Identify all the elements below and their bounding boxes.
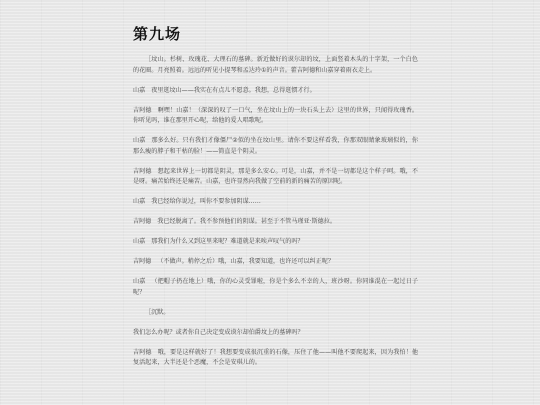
speaker-name: 山嘉	[133, 137, 145, 144]
speaker-name: 吉阿德	[133, 218, 151, 225]
dialogue-line: 山嘉（把帽子扔在地上）哦，你的心灵受罪啦，你是个多么不幸的人，班沙呀。你同谁混在…	[133, 277, 418, 298]
speaker-name: 山嘉	[133, 238, 145, 245]
dialogue-line: 吉阿德啊嘿！山嘉！（深深的叹了一口气，坐在坟山上的一块石头上去）这里的世界，只闻…	[133, 106, 418, 127]
dialogue-line: 山嘉夜里逛坟山——我实在有点儿不愿意。我想，总得逛惯才行。	[133, 86, 418, 97]
document-page: 第九场 ［坟山。杉树、玫瑰花、大理石的墓碑。新近做好的谟尔却的坟，上面竖着木头的…	[133, 24, 418, 378]
paragraph-text: ［沉默。	[145, 309, 169, 316]
line-text: 我已经脱离了。我不参预他们的阴谋。甚至于不管马瑾亚·斯德拉。	[157, 218, 336, 225]
line-text: 我们怎么办呢？或者你自己决定变成谟尔却伯爵坟上的墓碑吗？	[133, 329, 304, 336]
chapter-title: 第九场	[133, 24, 418, 44]
speaker-name: 吉阿德	[133, 258, 151, 265]
paragraph-text: ［坟山。杉树、玫瑰花、大理石的墓碑。新近做好的谟尔却的坟，上面竖着木头的十字架，…	[133, 56, 418, 74]
dialogue-line: 山嘉那我们为什么又到这里来呢？难道就是来唉声叹气的吗？	[133, 237, 418, 248]
dialogue-line: 山嘉我已经给你说过，叫你不要参加阴谋……	[133, 197, 418, 208]
line-text: 那多么好。只有我们才像僵尸②似的坐在坟山里。请你不要这样看我，你那双眼睛象玻璃似…	[133, 137, 418, 155]
line-text: 啊嘿！山嘉！（深深的叹了一口气，坐在坟山上的一块石头上去）这里的世界，只闻得玫瑰…	[133, 107, 418, 125]
line-text: 那我们为什么又到这里来呢？难道就是来唉声叹气的吗？	[151, 238, 303, 245]
dialogue-line: 吉阿德哦，要是这样就好了！我想要变成很沉重的石像，压住了他——叫他不要爬起来，因…	[133, 348, 418, 369]
speaker-name: 吉阿德	[133, 107, 152, 114]
line-text: 夜里逛坟山——我实在有点儿不愿意。我想，总得逛惯才行。	[151, 87, 316, 94]
dialogue-line: 山嘉那多么好。只有我们才像僵尸②似的坐在坟山里。请你不要这样看我，你那双眼睛象玻…	[133, 136, 418, 157]
stage-direction: ［沉默。	[133, 308, 418, 319]
line-text: 我已经给你说过，叫你不要参加阴谋……	[151, 198, 261, 205]
speaker-name: 吉阿德	[133, 349, 152, 356]
speaker-name: 山嘉	[133, 198, 145, 205]
speaker-name: 山嘉	[133, 87, 145, 94]
speaker-name: 山嘉	[133, 278, 145, 285]
line-text: 哦，要是这样就好了！我想要变成很沉重的石像，压住了他——叫他不要爬起来，因为我怕…	[133, 349, 418, 367]
line-text: （把帽子扔在地上）哦，你的心灵受罪啦，你是个多么不幸的人，班沙呀。你同谁混在一起…	[133, 278, 418, 296]
speaker-name: 吉阿德	[133, 168, 152, 175]
dialogue-line: 吉阿德想起来世界上一切都是阴灵，那是多么安心。可是，山嘉，并不是一切都是这个样子…	[133, 167, 418, 188]
line-text: （不做声。稍停之后）哦，山嘉，我要知道，也许还可以纠正呢？	[157, 258, 334, 265]
dialogue-continuation: 我们怎么办呢？或者你自己决定变成谟尔却伯爵坟上的墓碑吗？	[133, 328, 418, 339]
stage-direction: ［坟山。杉树、玫瑰花、大理石的墓碑。新近做好的谟尔却的坟，上面竖着木头的十字架，…	[133, 55, 418, 76]
dialogue-line: 吉阿德我已经脱离了。我不参预他们的阴谋。甚至于不管马瑾亚·斯德拉。	[133, 217, 418, 228]
line-text: 想起来世界上一切都是阴灵，那是多么安心。可是，山嘉，并不是一切都是这个样子呵。哦…	[133, 168, 418, 186]
dialogue-line: 吉阿德（不做声。稍停之后）哦，山嘉，我要知道，也许还可以纠正呢？	[133, 257, 418, 268]
